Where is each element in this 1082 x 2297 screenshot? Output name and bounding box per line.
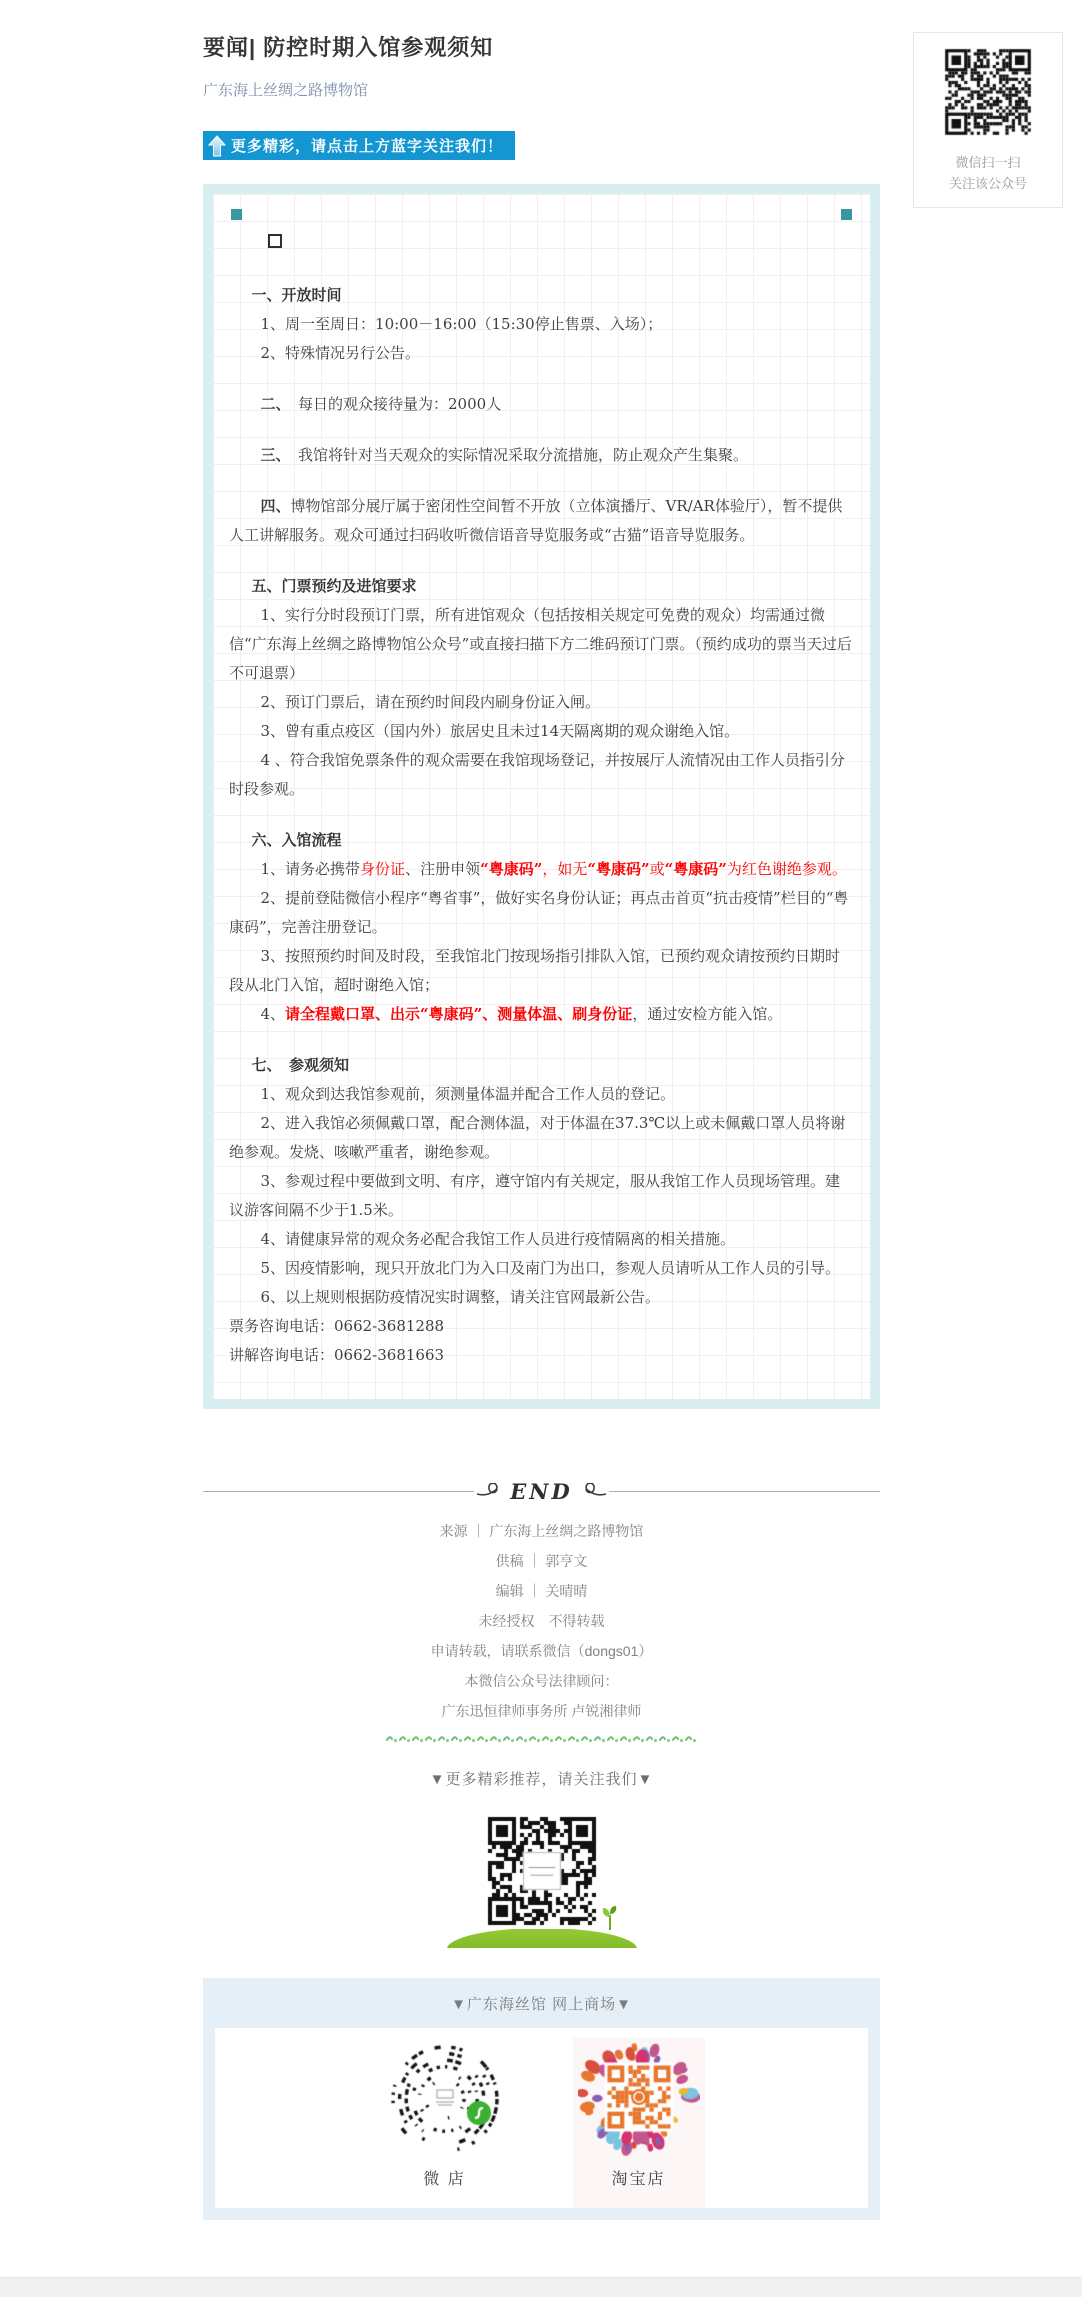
plant-sprout-icon: [600, 1903, 620, 1936]
notice-paragraph: 4、请全程戴口罩、出示“粤康码”、测量体温、刷身份证，通过安检方能入馆。: [229, 1000, 854, 1029]
banner-text: 更多精彩，请点击上方蓝字关注我们！: [231, 135, 503, 156]
notice-paragraph: 4、请健康异常的观众务必配合我馆工作人员进行疫情隔离的相关措施。: [229, 1225, 854, 1254]
notice-paragraph: 1、观众到达我馆参观前，须测量体温并配合工作人员的登记。: [229, 1080, 854, 1109]
teal-square-icon: [841, 209, 852, 220]
notice-card-inner: 一、开放时间1、周一至周日：10:00－16:00（15:30停止售票、入场）；…: [213, 194, 870, 1399]
taobao-shop-figure: 淘宝店: [573, 2038, 705, 2208]
mall-header: ▼广东海丝馆 网上商场▼: [215, 1994, 868, 2016]
credit-line: 未经授权 不得转载: [203, 1606, 880, 1636]
sidebar-qr-caption: 微信扫一扫: [914, 152, 1062, 173]
divider-line: [203, 1491, 474, 1492]
weidian-label: 微 店: [379, 2169, 511, 2191]
notice-paragraph: 3、曾有重点疫区（国内外）旅居史且未过14天隔离期的观众谢绝入馆。: [229, 717, 854, 746]
notice-paragraph: 2、进入我馆必须佩戴口罩，配合测体温，对于体温在37.3℃以上或未佩戴口罩人员将…: [229, 1109, 854, 1167]
promo-line: ▼更多精彩推荐，请关注我们▼: [203, 1768, 880, 1789]
credit-line: 编辑 ｜ 关晴晴: [203, 1576, 880, 1606]
notice-paragraph: 四、博物馆部分展厅属于密闭性空间暂不开放（立体演播厅、VR/AR体验厅），暂不提…: [229, 492, 854, 550]
account-name-link[interactable]: 广东海上丝绸之路博物馆: [203, 80, 368, 101]
teal-square-icon: [231, 209, 242, 220]
notice-card: 一、开放时间1、周一至周日：10:00－16:00（15:30停止售票、入场）；…: [203, 184, 880, 1409]
notice-paragraph: 1、实行分时段预订门票，所有进馆观众（包括按相关规定可免费的观众）均需通过微信“…: [229, 601, 854, 688]
notice-paragraph: [229, 234, 854, 251]
notice-paragraph: 2、预订门票后，请在预约时间段内刷身份证入闸。: [229, 688, 854, 717]
notice-body: 一、开放时间1、周一至周日：10:00－16:00（15:30停止售票、入场）；…: [229, 234, 854, 1370]
credit-line: 本微信公众号法律顾问：: [203, 1666, 880, 1696]
notice-paragraph: 1、请务必携带身份证、注册申领“粤康码”，如无“粤康码”或“粤康码”为红色谢绝参…: [229, 855, 854, 884]
notice-paragraph: 2、特殊情况另行公告。: [229, 339, 854, 368]
weidian-minicode: [384, 2038, 506, 2160]
swirl-icon: [581, 1483, 607, 1499]
credit-line: 申请转载，请联系微信（dongs01）: [203, 1636, 880, 1666]
credit-line: 广东迅恒律师事务所 卢锐湘律师: [203, 1696, 880, 1726]
credit-line: 供稿 ｜ 郭亨文: [203, 1546, 880, 1576]
divider-line: [609, 1491, 880, 1492]
follow-qrcode: [484, 1813, 600, 1929]
notice-paragraph: 七、 参观须知: [229, 1051, 854, 1080]
follow-us-banner[interactable]: 更多精彩，请点击上方蓝字关注我们！: [203, 131, 515, 160]
sidebar-follow-card: 微信扫一扫 关注该公众号: [913, 32, 1063, 208]
notice-paragraph: 三、 我馆将针对当天观众的实际情况采取分流措施，防止观众产生集聚。: [229, 441, 854, 470]
taobao-qrcode: [578, 2038, 700, 2160]
mall-box: 微 店 淘宝店: [215, 2028, 868, 2208]
end-divider: END: [203, 1479, 880, 1504]
sidebar-qr-caption: 关注该公众号: [914, 173, 1062, 194]
credits: 来源 ｜ 广东海上丝绸之路博物馆供稿 ｜ 郭亨文编辑 ｜ 关晴晴未经授权 不得转…: [203, 1516, 880, 1726]
sidebar-qrcode: [942, 46, 1034, 138]
notice-paragraph: 票务咨询电话：0662-3681288: [229, 1312, 854, 1341]
notice-paragraph: 5、因疫情影响，现只开放北门为入口及南门为出口，参观人员请听从工作人员的引导。: [229, 1254, 854, 1283]
arrow-up-icon: [208, 135, 226, 157]
weidian-shop-figure: 微 店: [379, 2038, 511, 2208]
credit-line: 来源 ｜ 广东海上丝绸之路博物馆: [203, 1516, 880, 1546]
taobao-label: 淘宝店: [573, 2169, 705, 2191]
notice-paragraph: 一、开放时间: [229, 281, 854, 310]
page-title: 要闻| 防控时期入馆参观须知: [203, 32, 880, 64]
article-column: 要闻| 防控时期入馆参观须知 广东海上丝绸之路博物馆 更多精彩，请点击上方蓝字关…: [203, 0, 880, 2220]
notice-paragraph: 1、周一至周日：10:00－16:00（15:30停止售票、入场）；: [229, 310, 854, 339]
footer-bar: [0, 2277, 1082, 2297]
green-leaf-wave-icon: [386, 1732, 698, 1744]
mall-section: ▼广东海丝馆 网上商场▼ 微 店 淘宝店: [203, 1978, 880, 2220]
notice-paragraph: 五、门票预约及进馆要求: [229, 572, 854, 601]
notice-paragraph: 4 、符合我馆免票条件的观众需要在我馆现场登记，并按展厅人流情况由工作人员指引分…: [229, 746, 854, 804]
follow-qr-figure: [203, 1813, 880, 1948]
notice-paragraph: 二、 每日的观众接待量为：2000人: [229, 390, 854, 419]
notice-paragraph: 6、以上规则根据防疫情况实时调整，请关注官网最新公告。: [229, 1283, 854, 1312]
notice-paragraph: 六、入馆流程: [229, 826, 854, 855]
notice-paragraph: 3、按照预约时间及时段，至我馆北门按现场指引排队入馆，已预约观众请按预约日期时段…: [229, 942, 854, 1000]
notice-paragraph: 3、参观过程中要做到文明、有序，遵守馆内有关规定，服从我馆工作人员现场管理。建议…: [229, 1167, 854, 1225]
notice-paragraph: 2、提前登陆微信小程序“粤省事”，做好实名身份认证；再点击首页“抗击疫情”栏目的…: [229, 884, 854, 942]
end-label: END: [504, 1479, 578, 1504]
swirl-icon: [476, 1483, 502, 1499]
placeholder-square-glyph: [268, 234, 282, 248]
notice-paragraph: 讲解咨询电话：0662-3681663: [229, 1341, 854, 1370]
